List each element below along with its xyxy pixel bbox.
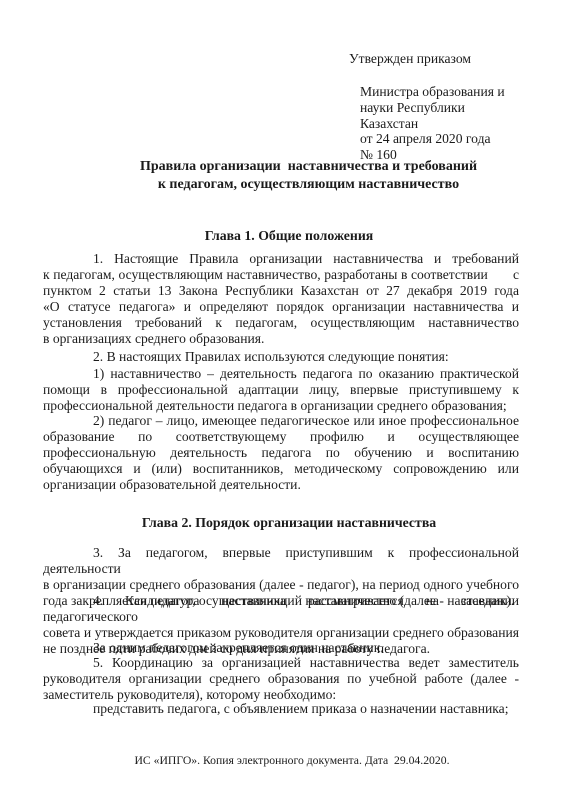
text-line: 5. Координацию за организацией наставнич… <box>43 655 519 671</box>
text-line: представить педагога, с объявлением прик… <box>43 701 519 717</box>
definition-2-teacher: 2) педагог – лицо, имеющее педагогическо… <box>43 413 519 493</box>
text-line: За одним педагогом закрепляется один нас… <box>43 640 519 656</box>
text-line: от 24 апреля 2020 года <box>360 131 505 147</box>
paragraph-1: 1. Настоящие Правила организации наставн… <box>43 251 519 346</box>
text-line: пунктом 2 статьи 13 Закона Республики Ка… <box>43 283 519 299</box>
text-line: 2. В настоящих Правилах используются сле… <box>43 349 519 365</box>
definition-1-mentorship: 1) наставничество – деятельность педагог… <box>43 366 519 414</box>
text-line: профессиональную деятельность педагога п… <box>43 445 519 461</box>
text-line: профессиональной деятельности педагога в… <box>43 398 519 414</box>
text-line: обучающихся и (или) воспитанников, метод… <box>43 461 519 477</box>
text-line: организации образовательной деятельности… <box>43 477 519 493</box>
text-line: «О статусе педагога» и определяют порядо… <box>43 299 519 315</box>
text-line: совета и утверждается приказом руководит… <box>43 625 519 641</box>
text-line: 3. За педагогом, впервые приступившим к … <box>43 545 519 577</box>
text-line: к педагогам, осуществляющим наставничест… <box>70 176 547 194</box>
text-line: 1) наставничество – деятельность педагог… <box>43 366 519 382</box>
text-line: к педагогам, осуществляющим наставничест… <box>43 267 519 283</box>
document-page: Утвержден приказом Министра образования … <box>0 0 565 800</box>
text-line: науки Республики <box>360 100 505 116</box>
text-line: руководителя организации среднего образо… <box>43 671 519 687</box>
chapter-1-heading: Глава 1. Общие положения <box>43 228 520 244</box>
text-line: образование по соответствующему профилю … <box>43 429 519 445</box>
document-title: Правила организации наставничества и тре… <box>70 158 547 194</box>
paragraph-4-note: За одним педагогом закрепляется один нас… <box>43 640 519 656</box>
text-line: установления требований к педагогам, осу… <box>43 315 519 331</box>
paragraph-5: 5. Координацию за организацией наставнич… <box>43 655 519 703</box>
text-line: 1. Настоящие Правила организации наставн… <box>43 251 519 267</box>
text-line: 2) педагог – лицо, имеющее педагогическо… <box>43 413 519 429</box>
paragraph-2-intro: 2. В настоящих Правилах используются сле… <box>43 349 519 365</box>
approval-ministry-block: Министра образования инауки РеспубликиКа… <box>360 84 505 163</box>
text-line: Казахстан <box>360 116 505 132</box>
text-line: помощи в профессиональной адаптации лицу… <box>43 382 519 398</box>
chapter-2-heading: Глава 2. Порядок организации наставничес… <box>43 515 520 531</box>
text-line: Правила организации наставничества и тре… <box>70 158 547 176</box>
paragraph-5-item: представить педагога, с объявлением прик… <box>43 701 519 717</box>
footer-note: ИС «ИПГО». Копия электронного документа.… <box>43 754 520 768</box>
text-line: в организациях среднего образования. <box>43 331 519 347</box>
text-line: 4. Кандидатура наставника рассматриваетс… <box>43 593 519 625</box>
text-line: Министра образования и <box>360 84 505 100</box>
approval-stamp-line: Утвержден приказом <box>349 51 471 67</box>
text-line: в организации среднего образования (дале… <box>43 577 519 593</box>
